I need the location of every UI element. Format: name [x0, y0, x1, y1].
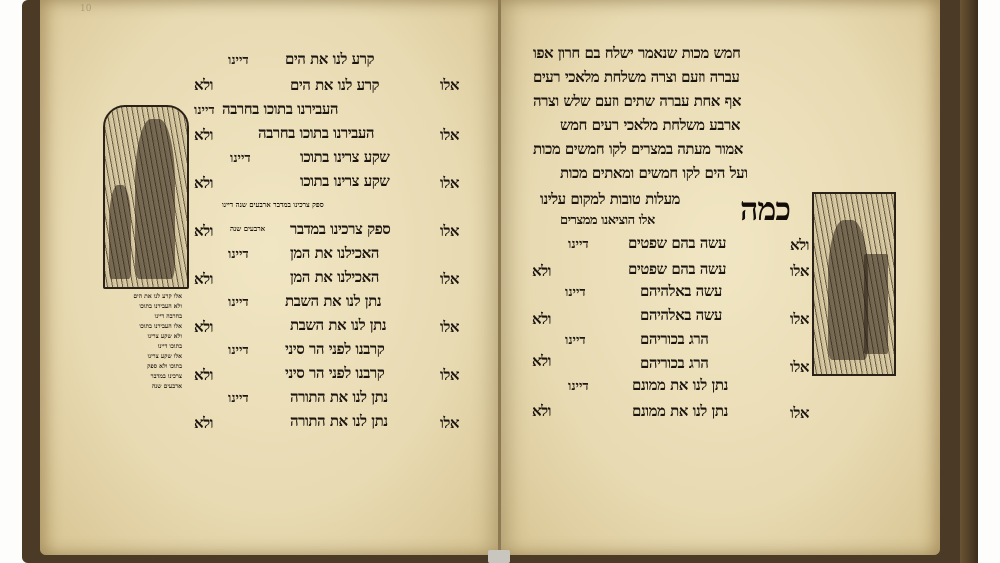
prefix: אלו — [440, 366, 459, 385]
prefix: אלו — [790, 358, 809, 377]
suffix: ולא — [532, 262, 551, 281]
woodcut-teacher-child — [103, 105, 189, 289]
page-number: 10 — [80, 4, 91, 14]
text-line: העבירנו בתוכו בחרבה — [258, 124, 374, 143]
prefix: אלו — [440, 318, 459, 337]
refrain: דיינו — [228, 52, 249, 68]
lectern — [864, 254, 888, 354]
caption-line: ולא העבירנו בתוכו — [100, 302, 182, 312]
book-clasp — [488, 550, 510, 563]
refrain: דיינו — [228, 246, 249, 262]
text-line: עשה באלהיהם — [640, 306, 722, 325]
refrain: דיינו — [568, 378, 589, 394]
text-line: אף אחת עברה שתים וזעם שלש וצרה — [533, 92, 741, 111]
prefix: אלו — [440, 76, 459, 95]
caption-line: אלו העבירנו בתוכו — [100, 322, 182, 332]
text-line: קרע לנו את הים — [285, 50, 374, 69]
heading-line: מעלות טובות למקום עלינו — [540, 190, 680, 209]
text-line: הרג בכוריהם — [640, 354, 708, 373]
caption-line: בחרבה דיינו — [100, 312, 182, 322]
text-line: עשה באלהיהם — [640, 282, 722, 301]
caption-line: ארבעים שנה — [100, 382, 182, 392]
text-line: שקע צרינו בתוכו — [300, 148, 389, 167]
teacher-figure — [135, 119, 175, 279]
text-line: נתן לנו את ממונם — [632, 376, 728, 395]
refrain: דיינו — [228, 294, 249, 310]
heading-word-kamah: כמה — [740, 190, 790, 228]
refrain: דיינו — [230, 150, 251, 166]
woodcut-seated-scholar — [812, 192, 896, 376]
prefix: ולא — [790, 236, 809, 255]
suffix: ולא — [532, 352, 551, 371]
text-line: ועל הים לקו חמשים ומאתים מכות — [560, 164, 747, 183]
suffix: ולא — [194, 174, 213, 193]
text-line: קרבנו לפני הר סיני — [285, 340, 384, 359]
caption-line: ולא שקע צרינו — [100, 332, 182, 342]
book-gutter — [498, 0, 501, 555]
text-line: עברה וזעם וצרה משלחת מלאכי רעים — [533, 68, 739, 87]
text-line: חמש מכות שנאמר ישלח בם חרון אפו — [533, 44, 740, 63]
text-line: נתן לנו את השבת — [290, 316, 386, 335]
refrain: דיינו — [228, 342, 249, 358]
refrain: דיינו — [194, 102, 215, 118]
text-line: קרע לנו את הים — [290, 76, 379, 95]
suffix: ולא — [194, 126, 213, 145]
text-line: נתן לנו את השבת — [285, 292, 381, 311]
prefix: אלו — [440, 174, 459, 193]
caption-line: אלו שקע צרינו — [100, 352, 182, 362]
book-cover-edge — [960, 0, 978, 563]
suffix: ולא — [194, 318, 213, 337]
text-line: העבירנו בתוכו בחרבה — [222, 100, 338, 119]
text-line: האכילנו את המן — [290, 244, 379, 263]
small-suffix: ארבעים שנה — [230, 224, 265, 233]
text-line: נתן לנו את ממונם — [632, 402, 728, 421]
prefix: אלו — [440, 126, 459, 145]
prefix: אלו — [790, 310, 809, 329]
caption-line: אלו קרע לנו את הים — [100, 292, 182, 302]
small-print-line: ספק צרכינו במדבר ארבעים שנה דיינו — [222, 200, 324, 209]
scholar-figure — [828, 220, 868, 360]
prefix: אלו — [790, 404, 809, 423]
text-line: נתן לנו את התורה — [290, 412, 388, 431]
text-line: הרג בכוריהם — [640, 330, 708, 349]
text-line: שקע צרינו בתוכו — [300, 172, 389, 191]
suffix: ולא — [194, 222, 213, 241]
child-figure — [109, 185, 131, 279]
caption-line: בתוכו דיינו — [100, 342, 182, 352]
suffix: ולא — [532, 310, 551, 329]
suffix: ולא — [194, 414, 213, 433]
prefix: אלו — [440, 270, 459, 289]
caption-line: בתוכו ולא ספק — [100, 362, 182, 372]
suffix: ולא — [532, 402, 551, 421]
text-line: נתן לנו את התורה — [290, 388, 388, 407]
prefix: אלו — [440, 222, 459, 241]
refrain: דיינו — [565, 332, 586, 348]
subheading: אלו הוציאנו ממצרים — [560, 212, 655, 228]
suffix: ולא — [194, 270, 213, 289]
text-line: קרבנו לפני הר סיני — [285, 364, 384, 383]
refrain: דיינו — [568, 236, 589, 252]
text-line: האכילנו את המן — [290, 268, 379, 287]
text-line: ארבע משלחת מלאכי רעים חמש — [560, 116, 740, 135]
text-line: אמור מעתה במצרים לקו חמשים מכות — [533, 140, 743, 159]
text-line: עשה בהם שפטים — [628, 234, 726, 253]
suffix: ולא — [194, 366, 213, 385]
refrain: דיינו — [565, 284, 586, 300]
suffix: ולא — [194, 76, 213, 95]
caption-line: צרכינו במדבר — [100, 372, 182, 382]
prefix: אלו — [790, 262, 809, 281]
woodcut-caption: אלו קרע לנו את הים ולא העבירנו בתוכו בחר… — [100, 292, 182, 392]
refrain: דיינו — [228, 390, 249, 406]
prefix: אלו — [440, 414, 459, 433]
text-line: ספק צרכינו במדבר — [290, 220, 390, 239]
text-line: עשה בהם שפטים — [628, 260, 726, 279]
